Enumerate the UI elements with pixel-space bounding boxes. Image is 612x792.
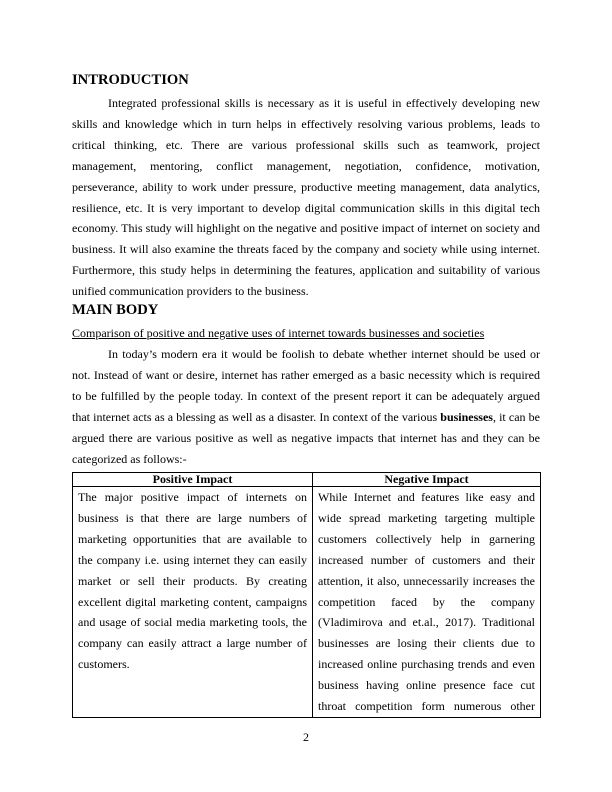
cell-positive-impact: The major positive impact of internets o…	[73, 487, 313, 718]
introduction-heading: INTRODUCTION	[72, 72, 189, 89]
header-positive-impact: Positive Impact	[73, 473, 313, 487]
section-subheading: Comparison of positive and negative uses…	[72, 326, 484, 341]
impact-comparison-table: Positive Impact Negative Impact The majo…	[72, 472, 541, 718]
page-number: 2	[0, 730, 612, 745]
main-body-paragraph: In today’s modern era it would be foolis…	[72, 344, 540, 469]
bold-term: businesses	[440, 410, 493, 424]
table-row: The major positive impact of internets o…	[73, 487, 541, 718]
header-negative-impact: Negative Impact	[313, 473, 541, 487]
introduction-paragraph: Integrated professional skills is necess…	[72, 93, 540, 302]
main-body-heading: MAIN BODY	[72, 302, 158, 319]
introduction-text: Integrated professional skills is necess…	[72, 96, 540, 298]
table-header-row: Positive Impact Negative Impact	[73, 473, 541, 487]
cell-negative-impact: While Internet and features like easy an…	[313, 487, 541, 718]
